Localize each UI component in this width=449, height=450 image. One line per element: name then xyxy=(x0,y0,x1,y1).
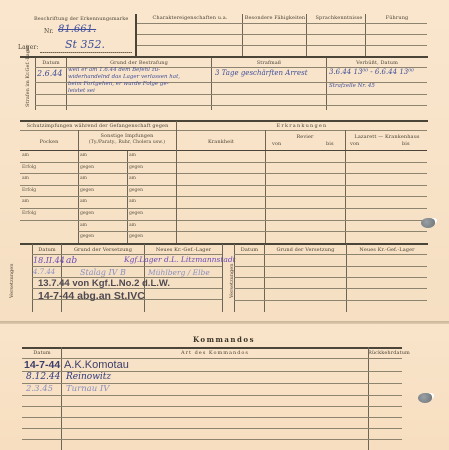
col-illness: Krankheit xyxy=(177,139,265,145)
vaccination-cell: am xyxy=(129,223,136,228)
rule xyxy=(177,130,427,131)
col-other-vacc: Sonstige Impfungen xyxy=(78,133,176,139)
rule xyxy=(22,406,402,407)
divider xyxy=(78,130,79,243)
vaccination-cell: gegen xyxy=(80,188,94,193)
vaccination-cell: gegen xyxy=(129,188,143,193)
revier-to: bis xyxy=(326,141,334,147)
rule xyxy=(22,439,402,440)
vaccination-cell: am xyxy=(80,153,87,158)
vaccination-cell: gegen xyxy=(129,234,143,239)
rule xyxy=(234,300,427,301)
vaccination-cell: Erfolg xyxy=(22,188,36,193)
col-pocken: Pocken xyxy=(20,139,78,145)
rule xyxy=(20,185,176,186)
kommando-date-2: 8.12.44 xyxy=(26,372,60,382)
rule xyxy=(177,196,427,197)
col-revier: Revier xyxy=(266,134,344,140)
rule xyxy=(177,208,427,209)
kommando-kind-1: A.K.Komotau xyxy=(64,359,129,371)
rule xyxy=(20,196,176,197)
rule xyxy=(234,254,427,255)
vaccination-cell: gegen xyxy=(80,234,94,239)
divider xyxy=(365,14,366,56)
rule xyxy=(234,288,427,289)
rule xyxy=(22,417,402,418)
col-conduct: Führung xyxy=(367,15,427,21)
divider xyxy=(265,130,266,243)
transfer-reason-1: ab xyxy=(66,256,77,266)
revier-from: von xyxy=(272,141,281,147)
rule xyxy=(22,428,402,429)
punishments-side-label: Strafen im Kr.Gef.-Lager xyxy=(25,67,31,107)
rule xyxy=(35,94,427,95)
rule xyxy=(78,231,176,232)
section-border xyxy=(20,120,428,122)
vaccination-cell: gegen xyxy=(80,211,94,216)
transfer-date-2: 4.7.44 xyxy=(33,268,55,276)
col-served: Verbüßt, Datum xyxy=(327,60,427,66)
section-border xyxy=(20,243,428,245)
transfers-side-label: Versetzungen xyxy=(9,258,15,298)
punishment-cell: Strafzelle Nr. 45 xyxy=(329,83,375,89)
vaccination-cell: am xyxy=(129,176,136,181)
col-transfer-date: Datum xyxy=(33,247,61,253)
illnesses-title: Erkrankungen xyxy=(177,123,427,129)
punishment-served: 3.6.44 13⁰⁰ - 6.6.44 13⁰⁰ xyxy=(329,68,414,76)
vaccination-cell: gegen xyxy=(129,211,143,216)
col-kommando-kind: Art des Kommandos xyxy=(62,350,368,356)
vaccination-cell: gegen xyxy=(129,165,143,170)
punishment-reason-1: weil er am 1.6.44 dem Befehl zu- xyxy=(68,67,160,73)
rule xyxy=(22,395,402,396)
kommando-kind-3: Turnau IV xyxy=(66,384,109,394)
col-lazarett: Lazarett — Krankenhaus xyxy=(346,134,428,140)
vaccination-cell: Erfolg xyxy=(22,211,36,216)
col-other-vacc-sub: (Ty./Paraty., Ruhr, Cholera usw.) xyxy=(78,140,176,145)
rule xyxy=(20,130,176,131)
col-transfer-right-reason: Grund der Versetzung xyxy=(265,247,346,253)
punishment-reason-2: widerhandelnd das Lager verlassen hat, xyxy=(68,74,180,80)
punishment-reason-3: beim Fortgehen, er wurde Folge ge- xyxy=(68,81,169,87)
col-reason: Grund der Bestrafung xyxy=(67,60,211,66)
rule xyxy=(137,34,427,35)
vaccination-cell: am xyxy=(129,199,136,204)
kommandos-title: Kommandos xyxy=(20,335,428,344)
transfer-stamp-1: 13.7.44 von Kgf.L.No.2 d.L.W. xyxy=(38,278,170,289)
lazarett-to: bis xyxy=(402,141,410,147)
rule xyxy=(20,208,176,209)
col-character: Charaktereigenschaften u.a. xyxy=(140,15,240,21)
nr-value: 81.661. xyxy=(58,24,96,35)
rule xyxy=(32,266,222,267)
rule xyxy=(177,173,427,174)
divider xyxy=(242,14,243,56)
section-border xyxy=(20,56,428,58)
rule xyxy=(177,150,427,151)
rule xyxy=(177,162,427,163)
vaccination-cell: am xyxy=(22,153,29,158)
col-transfer-camp: Neues Kr.-Gef.-Lager xyxy=(145,247,222,253)
vaccination-cell: am xyxy=(22,199,29,204)
transfer-camp-2: Mühlberg / Elbe xyxy=(148,268,210,277)
tag-label: Beschriftung der Erkennungsmarke xyxy=(34,16,128,22)
vaccination-cell: am xyxy=(129,153,136,158)
rule xyxy=(137,45,427,46)
vaccination-cell: am xyxy=(80,176,87,181)
transfer-date-1: 18.II.44 xyxy=(33,256,65,265)
col-transfer-right-camp: Neues Kr.-Gef.-Lager xyxy=(347,247,427,253)
transfer-camp-1: Kgf.Lager d.L. Litzmannstadt xyxy=(124,255,236,264)
lazarett-from: von xyxy=(350,141,359,147)
vaccinations-title: Schutzimpfungen während der Gefangenscha… xyxy=(20,123,175,129)
rule xyxy=(234,277,427,278)
punishment-sentence: 3 Tage geschärften Arrest xyxy=(215,69,308,77)
punishment-reason-4: leistet sei xyxy=(68,88,95,94)
col-abilities: Besondere Fähigkeiten xyxy=(244,15,306,21)
lager-value: St 352. xyxy=(65,38,105,51)
col-kommando-date: Datum xyxy=(22,350,62,356)
rule xyxy=(137,23,427,24)
divider xyxy=(306,14,307,56)
rule xyxy=(20,162,176,163)
punch-hole xyxy=(418,393,432,403)
lager-line xyxy=(40,52,132,53)
col-date: Datum xyxy=(36,60,66,66)
divider xyxy=(345,130,346,243)
section-border xyxy=(22,347,402,349)
kommando-date-3: 2.3.45 xyxy=(26,384,53,394)
nr-label: Nr. xyxy=(44,28,54,35)
divider xyxy=(368,347,369,450)
rule xyxy=(234,266,427,267)
vaccination-cell: am xyxy=(80,223,87,228)
vaccination-cell: gegen xyxy=(80,165,94,170)
divider xyxy=(135,14,137,56)
col-languages: Sprachkenntnisse xyxy=(308,15,370,21)
vaccination-cell: am xyxy=(22,176,29,181)
rule xyxy=(177,185,427,186)
vaccination-cell: am xyxy=(80,199,87,204)
col-kommando-return: Rückkehrdatum xyxy=(368,350,402,356)
transfer-reason-2: Stalag IV B xyxy=(80,268,126,277)
punch-hole xyxy=(421,218,435,228)
kommando-kind-2: Reinowitz xyxy=(66,372,111,382)
rule xyxy=(20,173,176,174)
punishment-date: 2.6.44 xyxy=(37,69,62,78)
transfer-stamp-2: 14-7-44 abg.an St.IVC xyxy=(38,290,145,302)
rule xyxy=(20,220,176,221)
vaccination-cell: Erfolg xyxy=(22,165,36,170)
col-sentence: Strafmaß xyxy=(212,60,326,66)
divider xyxy=(61,347,62,450)
rule xyxy=(177,220,427,221)
rule xyxy=(20,150,176,151)
kommando-date-1: 14-7-44 xyxy=(24,359,60,371)
rule xyxy=(177,231,427,232)
col-transfer-right-date: Datum xyxy=(235,247,264,253)
col-transfer-reason: Grund der Versetzung xyxy=(62,247,144,253)
rule xyxy=(35,105,427,106)
